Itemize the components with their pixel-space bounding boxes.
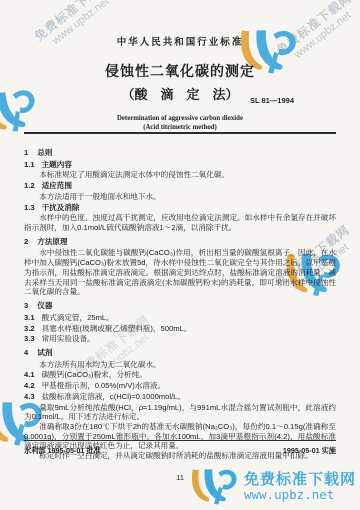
approval-note: 水利部 1995-05-01 批准 (24, 446, 101, 456)
subsection-number: 3.1 (24, 313, 35, 322)
paragraph: 本方法所有用水均为无二氧化碳水。 (24, 360, 336, 370)
page-subtitle: （酸 滴 定 法） (0, 84, 360, 103)
upbz-brand-block: 免费标准下载网 www.upbz.net (188, 466, 356, 508)
subsection-number: 4.3 (24, 392, 35, 401)
subsection-number: 4.1 (24, 370, 35, 379)
section-heading: 2方法原理 (24, 237, 336, 247)
footer: 水利部 1995-05-01 批准 1995-05-01 实施 (24, 446, 336, 456)
brand-text: 免费标准下载网 www.upbz.net (244, 472, 356, 502)
subsection-item: 3.1酸式滴定管，25mL。 (24, 313, 336, 323)
subsection-number: 4.2 (24, 381, 35, 390)
subsection-title: 干扰及消除 (42, 203, 80, 212)
implementation-note: 1995-05-01 实施 (283, 446, 336, 456)
section-title: 方法原理 (37, 237, 67, 246)
paragraph: 水中侵蚀性二氧化碳能与碳酸钙(CaCO₃)作用，析出相当量的碳酸氢根离子。因此，… (24, 248, 336, 297)
subsection-title: 主题内容 (42, 160, 72, 169)
section-number: 3 (24, 301, 28, 310)
section-title: 仪器 (37, 301, 52, 310)
footer-rule (24, 440, 336, 441)
subsection-number: 1.2 (24, 181, 35, 190)
paragraph: 水样中的色度、浊度过高干扰测定，应改用电位滴定法测定。如水样中有余氯存在并破坏指… (24, 213, 336, 232)
subsection-item: 3.3常用实验设备。 (24, 334, 336, 344)
subsection-item: 4.3盐酸标准滴定溶液，c(HCl)≈0.1000mol/L。 (24, 392, 336, 402)
subsection-number: 1.3 (24, 203, 35, 212)
subsection-number: 3.2 (24, 324, 35, 333)
subsection-title: 适应范围 (42, 181, 72, 190)
subsection-text: 具塞水样瓶(玻璃或聚乙烯塑料瓶)，500mL。 (42, 324, 192, 333)
subsection-heading: 1.1主题内容 (24, 160, 336, 170)
section-title: 总则 (37, 148, 52, 157)
subsection-item: 3.2具塞水样瓶(玻璃或聚乙烯塑料瓶)，500mL。 (24, 324, 336, 334)
page-title: 侵蚀性二氧化碳的测定 (0, 61, 360, 81)
page-title-english: Determination of aggressive carbon dioxi… (0, 115, 360, 122)
section-number: 4 (24, 348, 28, 357)
subsection-text: 盐酸标准滴定溶液，c(HCl)≈0.1000mol/L。 (42, 392, 185, 401)
section-number: 2 (24, 237, 28, 246)
standard-type-label: 中华人民共和国行业标准 (0, 34, 360, 48)
brand-site-url: www.upbz.net (244, 488, 356, 502)
section-number: 1 (24, 148, 28, 157)
section-heading: 3仪器 (24, 301, 336, 311)
paragraph: 本方法适用于一般地面水和地下水。 (24, 192, 336, 202)
section-title: 试剂 (37, 348, 52, 357)
section-heading: 1总则 (24, 148, 336, 158)
subsection-text: 常用实验设备。 (42, 334, 95, 343)
subsection-heading: 1.2适应范围 (24, 181, 336, 191)
document-header: 中华人民共和国行业标准 侵蚀性二氧化碳的测定 （酸 滴 定 法） SL 81—1… (0, 34, 360, 131)
subsection-item: 4.2甲基橙指示剂，0.05%(m/V)水溶液。 (24, 381, 336, 391)
subsection-heading: 1.3干扰及消除 (24, 203, 336, 213)
standard-number: SL 81—1994 (250, 96, 294, 105)
subsection-text: 碳酸钙(CaCO₃)粉末，分析纯。 (42, 370, 147, 379)
upbz-logo-icon (188, 466, 240, 508)
paragraph: 量取9mL分析纯浓盐酸(HCl，ρ=1.19g/mL)，与991mL水混合摇匀置… (24, 403, 336, 422)
subsection-item: 4.1碳酸钙(CaCO₃)粉末，分析纯。 (24, 370, 336, 380)
subsection-number: 3.3 (24, 334, 35, 343)
subsection-text: 甲基橙指示剂，0.05%(m/V)水溶液。 (42, 381, 166, 390)
paragraph: 本标准规定了用酸滴定法测定水体中的侵蚀性二氧化碳。 (24, 170, 336, 180)
brand-site-name: 免费标准下载网 (244, 472, 356, 489)
subsection-number: 1.1 (24, 160, 35, 169)
document-body: 1总则 1.1主题内容 本标准规定了用酸滴定法测定水体中的侵蚀性二氧化碳。 1.… (24, 144, 336, 461)
subsection-text: 酸式滴定管，25mL。 (42, 313, 114, 322)
header-rule (24, 132, 336, 134)
page-subtitle-english: (Acid titrimetric method) (0, 124, 360, 131)
scanned-standard-page: 免费标准下载网 www.upbz.net 免费标准下载网 www.upbz.ne… (0, 0, 360, 510)
section-heading: 4试剂 (24, 348, 336, 358)
